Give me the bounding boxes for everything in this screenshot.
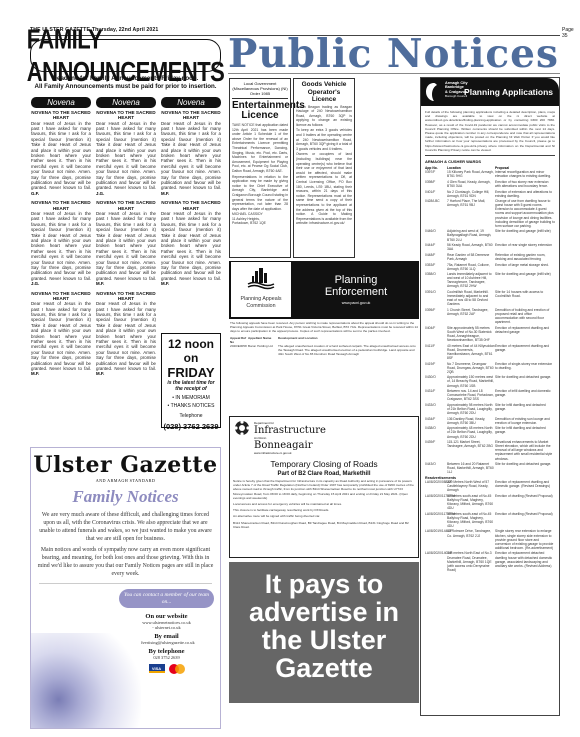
planning-table-row: LA08/2020/1403/F145 metres North East of… [425,551,555,571]
app-number: 0404/F [425,326,447,342]
proposal: Demolition of building and erection of p… [495,308,555,324]
novena-title: NOVENA TO THE SACRED HEART [96,291,156,302]
road-closure-notice: Department for Infrastructure An Roinn B… [229,416,419,558]
deadline-ad-box: 12 noon on FRIDAY is the latest time for… [161,333,221,428]
page-number: Page 35 [562,27,580,39]
contact-pill: You can contact a member of our team on.… [119,589,214,608]
location: 75a, Ratarnet Road, Collone, Armagh, BT6… [447,263,495,271]
mastercard-icon [169,664,185,674]
planning-table-row: 0395/F1 Church Street, Tandragee, Armagh… [425,308,555,324]
website-link-2[interactable]: - ulsternet.co.uk [119,625,214,630]
app-number: 0444/F [425,243,447,251]
council-crest-icon [425,82,443,102]
planning-table-row: LA08/2020/1175/RM35 metres south-east of… [425,512,555,528]
location: Approximately 98 metres North of 21b Bel… [447,403,495,415]
enforcement-word: Enforcement [296,286,416,298]
novena-column-1: Novena NOVENA TO THE SACRED HEART Dear H… [31,97,91,377]
novena-title: NOVENA TO THE SACRED HEART [31,110,91,121]
location: 4 Glen Road, Keady, Armagh, BT60 3UA [447,180,495,188]
proposal: Site for infill dwelling and detached ga… [495,403,555,415]
planning-table-row: 0444/F56 Keady Road, Armagh, BT60 3AAEre… [425,243,555,251]
irish-name: Bonneagair [254,440,418,451]
novena-title: NOVENA TO THE SACRED HEART [161,200,221,211]
app-number: 0397/F [425,170,447,178]
pac-logo-line-2: Commission [231,303,291,310]
telephone-number: (028) 3762 2639 [162,422,220,431]
planning-intro: Full details of the following planning a… [425,110,555,152]
col-appeal-ref: Appeal Ref No [230,336,248,344]
deadline-line-1: Deadline for Family Announcements Friday… [30,75,221,83]
location: Lands immediately adjacent to and west o… [447,272,495,288]
proposal: Erection of extension and alterations to… [495,190,555,198]
location: Approximately 48 metres North of 21b Bel… [447,426,495,438]
family-announcements-banner: FAMILY ANNOUNCEMENTS [30,39,221,72]
family-notices-para-2: Main notices and words of sympathy now c… [31,543,220,578]
thanks-notices-item: • THANKS NOTICES [162,403,220,409]
novena-column-3: Novena NOVENA TO THE SACRED HEART Dear H… [161,97,221,287]
pac-intro: The following appeals have been received… [230,321,418,334]
family-notices-heading: Family Notices [31,487,220,507]
location: 40 metres East of 44 Killyruddan Road, D… [447,344,495,360]
readvertisements-table-body: LA08/2020/0884/F220 Metres North West of… [425,480,555,572]
location: 115-121 Market Street, Tandragee, Armagh… [447,440,495,460]
planning-table-row: LA08/2019/1446/F13 Rotmore Drive, Tandra… [425,529,555,549]
planning-table-row: 0358/OLands immediately adjacent to and … [425,272,555,288]
planning-table-row: 0401/FNo 2 Clontaugh, College Hill, Arma… [425,190,555,198]
entertainments-title: Entertainments Licence [232,101,288,121]
app-number: LA08/2020/1173/RM [425,494,447,510]
it-pays-to-advertise-ad: It pays to advertise in the Ulster Gazet… [229,562,419,703]
planning-table-row: 0430/OApproximately 150 metres west of, … [425,375,555,387]
road-closure-access: Local access and access for emergency ve… [233,502,415,506]
proposal: Erection of rear single storey extension [495,243,555,251]
proposal: Site for dwelling and detached garage. [495,375,555,387]
planning-applications-header: Armagh City Banbridge & Craigavon Boroug… [421,78,559,106]
appellant-name: Baron Holding Ltd [248,344,278,357]
pac-logo-line-1: Planning Appeals [231,296,291,303]
novena-title: NOVENA TO THE SACRED HEART [31,200,91,211]
proposal: Internal reconfiguration and minor eleva… [495,170,555,178]
noon-line: 12 noon on [162,337,220,365]
planning-table-row: 0398/F4 Glen Road, Keady, Armagh, BT60 3… [425,180,555,188]
road-closure-diversion: An alternative route will be signed with… [233,514,415,518]
novena-body: Dear Heart of Jesus in the past I have a… [31,211,91,287]
location: No 2 Clontaugh, College Hill, Armagh, BT… [447,190,495,198]
app-number: 0434/F [425,417,447,425]
planning-table-row: 0428/LBC7 Harford Place, The Mall, Armag… [425,199,555,228]
proposal: Erection of replacement dwelling and dom… [495,480,555,492]
proposal: Erection of replacement dwelling and gar… [495,344,555,360]
location: 220 Metres North West of 57 Castleblayne… [447,480,495,492]
app-number: 0439/F [425,440,447,460]
app-number: LA08/2020/1403/F [425,551,447,571]
proposal: Erection of two storey rear extension wi… [495,180,555,188]
proposal: Change of use from dwelling house to gue… [495,199,555,228]
receipt-line: the receipt of [162,386,220,392]
col-appellant: Appellant Name [248,336,278,344]
col-development: Development and Location [278,336,418,344]
app-number: 0358/O [425,272,447,288]
ulster-gazette-logo: Ulster Gazette [31,452,220,478]
app-number: 0395/F [425,308,447,324]
novena-body: Dear Heart of Jesus in the past I have a… [96,211,156,287]
novena-header: Novena [96,97,156,108]
entertainments-licence-notice: Local Government (Miscellaneous Provisio… [229,78,291,258]
ulster-gazette-subtitle: AND ARMAGH STANDARD [31,478,220,483]
proposal: Elevational enhancements to Market Stree… [495,440,555,460]
city-skyline-icon [246,267,276,291]
app-number: 0446/O [425,229,447,241]
app-number: 0401/F [425,190,447,198]
app-number: 0411/F [425,344,447,360]
divider [39,583,212,584]
proposal: Single storey rear extension to enlarge … [495,529,555,549]
legislation-header: Local Government (Miscellaneous Provisio… [232,81,288,96]
planning-applications-title: Planning Applications [464,87,553,97]
proposal: Erection of infill dwelling and domestic… [495,389,555,401]
app-number: 0353/F [425,263,447,271]
novena-title: NOVENA TO THE SACRED HEART [96,110,156,121]
planning-applications-notice: Armagh City Banbridge & Craigavon Boroug… [420,77,560,716]
proposal: Site for 14 houses with access to Coolmi… [495,290,555,306]
goods-vehicle-title: Goods Vehicle Operator's Licence [296,81,352,104]
pac-appeals-notice: The following appeals have been received… [230,321,418,357]
development-desc: The alleged unauthorised creation of a h… [278,344,418,357]
planning-table-row: 0439/F115-121 Market Street, Tandragee, … [425,440,555,460]
planning-enforcement-heading: Planning Enforcement www.pacni.gov.uk [296,274,416,305]
website-label: On our website [119,613,214,620]
planning-table-row: 0411/F40 metres East of 44 Killyruddan R… [425,344,555,360]
friday-line: FRIDAY [162,365,220,380]
location: Rear Garden of 58 Demesne Park, Armagh [447,253,495,261]
location: Adjoining and west of, 19 Ballynagallagh… [447,229,495,241]
proposal: Erection of dwelling (Revised Proposal) [495,512,555,528]
planning-table-row: 0438/OApproximately 48 metres North of 2… [425,426,555,438]
app-number: 0419/F [425,362,447,374]
appeal-ref: 2020/E0058 [230,344,248,357]
road-closure-title: Temporary Closing of Roads [230,459,418,469]
signatory-address-2: Portadown, BT62 1QE [232,221,288,226]
app-number: 0443/O [425,462,447,474]
visa-icon: VISA [149,664,165,673]
location: Site approximately 55 metres South West … [447,326,495,342]
dfi-emblem-icon [234,420,250,436]
proposal: Erection of replacement detached dwellin… [495,551,555,571]
deadline-line-2: All Family Announcements must be paid fo… [30,83,221,91]
novena-title: NOVENA TO THE SACRED HEART [31,291,91,302]
divider [232,98,288,99]
family-notices-para-1: We are very much aware of these difficul… [31,511,220,543]
planning-table-row: 0448/FRear Garden of 58 Demesne Park, Ar… [425,253,555,261]
telephone-label: Telephone [162,413,220,419]
location: 56 Keady Road, Armagh, BT60 3AA [447,243,495,251]
planning-table-row: 0446/OAdjoining and west of, 19 Ballynag… [425,229,555,241]
road-closure-reason: This closure is to facilitate carriagewa… [233,508,415,512]
novena-body: Dear Heart of Jesus in the past I have a… [31,301,91,377]
proposal: Erection of single-storey rear extension… [495,362,555,374]
location: 145 metres North East of No.3 Drumatee R… [447,551,495,571]
proposal: Site for dwelling and garage (infill sit… [495,229,555,241]
location: Between nos. 14 and 18 Cornascriebe Road… [447,389,495,401]
planning-table-row: 0434/F136 Darkley Road, Keady, Armagh, B… [425,417,555,425]
in-memoriam-item: • IN MEMORIAM [162,395,220,401]
planning-table-row: 0404/FSite approximately 55 metres South… [425,326,555,342]
app-number: 0430/O [425,375,447,387]
novena-body: Dear Heart of Jesus in the past I have a… [161,211,221,287]
location: 136 Darkley Road, Keady, Armagh, BT60 3B… [447,417,495,425]
proposal: Site for dwelling and garage (infill sit… [495,272,555,288]
location: Between 16 and 20 Ratarnet Road, Marketh… [447,462,495,474]
proposal: Erection of dwelling (Revised Proposal) [495,494,555,510]
app-number: 0391/O [425,290,447,306]
novena-body: Dear Heart of Jesus in the past I have a… [96,301,156,377]
planning-table-row: 0353/F75a, Ratarnet Road, Collone, Armag… [425,263,555,271]
proposal: Demolition of existing sun lounge and er… [495,417,555,425]
app-number: 0433/O [425,403,447,415]
goods-vehicle-body-2: To keep an extra 3 goods vehicles and 0 … [296,128,352,151]
app-number: 0438/O [425,426,447,438]
planning-table-row: 0397/F15 Killuney Park Road, Armagh, BT6… [425,170,555,178]
goods-vehicle-body-3: Owners or occupiers of land (including b… [296,152,352,226]
planning-table-row: LA08/2020/0884/F220 Metres North West of… [425,480,555,492]
proposal: Erection of large metal storage shed. [495,263,555,271]
location: 7 Harford Place, The Mall, Armagh, BT61 … [447,199,495,228]
app-number: LA08/2020/1175/RM [425,512,447,528]
app-number: LA08/2020/0884/F [425,480,447,492]
goods-vehicle-notice: Goods Vehicle Operator's Licence Kieran … [293,78,355,258]
proposal: Site for infill dwelling and detached ga… [495,426,555,438]
location: 13 Rotmore Drive, Tandragee, Co. Armagh,… [447,529,495,549]
location: 1 Church Street, Tandragee, Armagh, BT62… [447,308,495,324]
location: 60 metres south-east of No.45 Ballyhoy R… [447,494,495,510]
novena-header: Novena [161,97,221,108]
planning-word: Planning [296,274,416,286]
novena-title: NOVENA TO THE SACRED HEART [96,200,156,211]
planning-table-row: 0391/OCoolmillish Road, Markethill. Imme… [425,290,555,306]
pac-url[interactable]: www.pacni.gov.uk [296,301,416,305]
location: No 7 Drumeene, Drumgaw Road, Drumgaw, Ar… [447,362,495,374]
dfi-logo: Department for Infrastructure [230,417,418,436]
entertainments-body: TAKE NOTICE that application dated 12th … [232,123,288,174]
divider [425,155,555,156]
planning-table-row: LA08/2020/1173/RM60 metres south-east of… [425,494,555,510]
pac-logo: Planning Appeals Commission [231,262,291,317]
public-notices-title: Public Notices [228,35,560,74]
planning-table-row: 0431/FBetween nos. 14 and 18 Cornascrieb… [425,389,555,401]
app-number: LA08/2019/1446/F [425,529,447,549]
app-number: 0431/F [425,389,447,401]
app-number: 0398/F [425,180,447,188]
dept-name: Infrastructure [254,425,326,436]
app-number: 0448/F [425,253,447,261]
road-closure-body: Notice is hereby given that the Departme… [233,479,415,500]
goods-vehicle-body-1: Kieran Beagan trading as Beagan Haulage … [296,105,352,128]
app-number: 0428/LBC [425,199,447,228]
planning-table-row: 0443/OBetween 16 and 20 Ratarnet Road, M… [425,462,555,474]
novena-header: Novena [31,97,91,108]
novena-title: NOVENA TO THE SACRED HEART [161,110,221,121]
public-notices-rule [228,73,560,74]
flower-image [31,633,141,728]
novena-body: Dear Heart of Jesus in the past I have a… [31,121,91,197]
proposal: Retention of existing garden room, decki… [495,253,555,261]
proposal: Erection of replacement dwelling and det… [495,326,555,342]
pac-table-header: Appeal Ref No Appellant Name Development… [230,336,418,344]
road-closure-route: B114 Shanecracken Road, B114 Dunwroughan… [233,521,415,529]
location: 35 metres south-east of No.45 Ballyhoy R… [447,512,495,528]
pac-table-row: 2020/E0058 Baron Holding Ltd The alleged… [230,344,418,357]
planning-table-row: 0433/OApproximately 98 metres North of 2… [425,403,555,415]
proposal: Site for dwelling and detached garage. [495,462,555,474]
entertainments-representations: Representations in relation to the appli… [232,175,288,212]
location: Coolmillish Road, Markethill. Immediatel… [447,290,495,306]
novena-column-2: Novena NOVENA TO THE SACRED HEART Dear H… [96,97,156,377]
planning-table-body: 0397/F15 Killuney Park Road, Armagh, BT6… [425,170,555,474]
novena-body: Dear Heart of Jesus in the past I have a… [161,121,221,197]
ward-heading: ARMAGH & CUSHER WARDS [425,159,555,164]
dfi-url[interactable]: www.infrastructure-ni.gov.uk [254,451,418,455]
location: 15 Killuney Park Road, Armagh, BT61 9HG [447,170,495,178]
planning-table-row: 0419/FNo 7 Drumeene, Drumgaw Road, Drumg… [425,362,555,374]
novena-body: Dear Heart of Jesus in the past I have a… [96,121,156,197]
deadline-notice: Deadline for Family Announcements Friday… [30,75,221,91]
location: Approximately 150 metres west of, 14 Bre… [447,375,495,387]
